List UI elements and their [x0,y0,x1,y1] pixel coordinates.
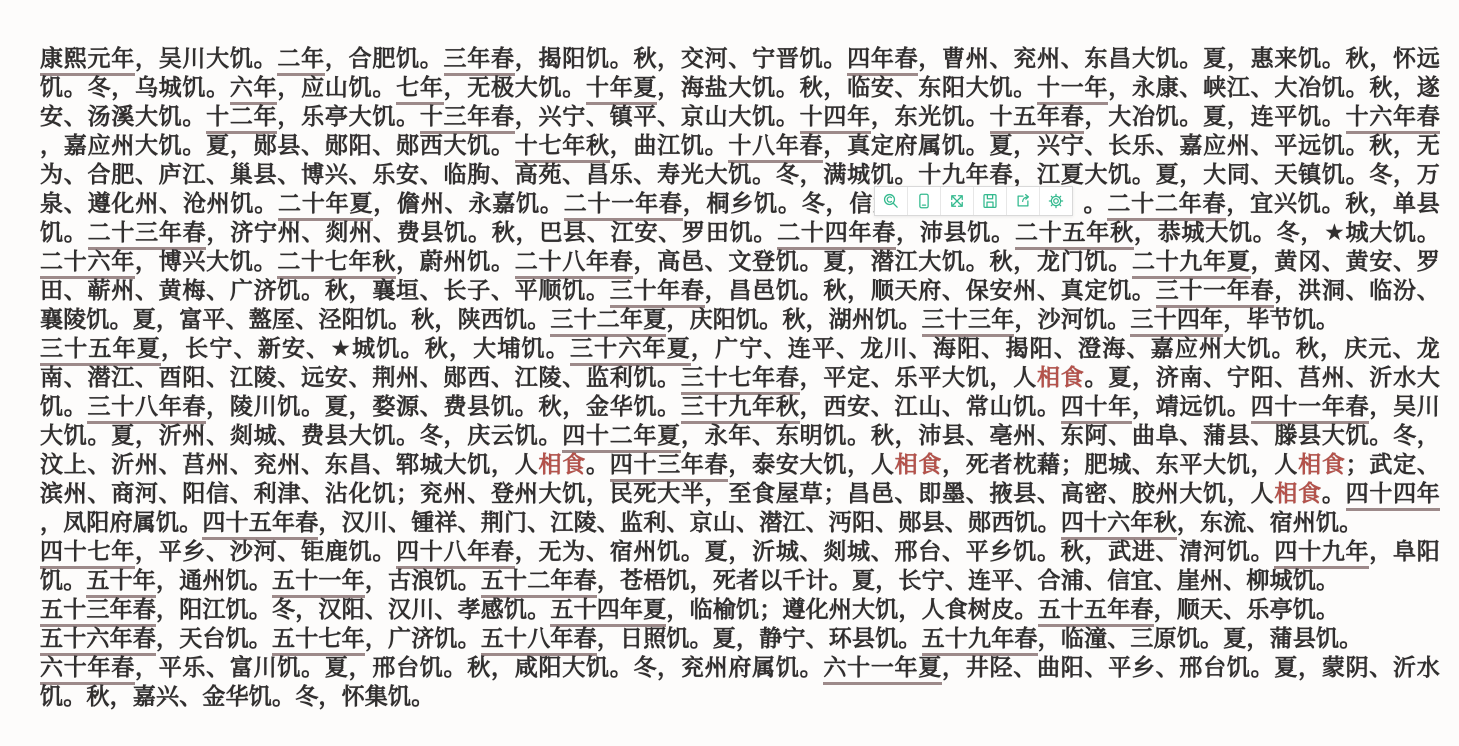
year-marker: 三十五年夏 [40,336,161,366]
text-segment: ，儋州、永嘉饥。 [373,191,563,217]
expand-arrows-icon[interactable] [940,187,973,215]
text-segment: ，永康、峡江、大冶饥。秋，遂 [1108,75,1440,101]
text-line: 为、合肥、庐江、巢县、博兴、乐安、临朐、高苑、昌乐、寿光大饥。冬，满城饥。十九年… [40,161,1440,190]
highlighted-term: 相食 [538,452,585,478]
text-segment: ，沙河饥。 [1014,307,1130,333]
year-marker: 五十年 [86,568,156,598]
year-marker: 四十三年春 [610,452,729,482]
text-segment: ，洪洞、临汾、 [1274,278,1440,304]
highlighted-term: 相食 [895,452,942,478]
year-marker: 四十一年春 [1251,394,1370,424]
text-segment: 饥。冬，乌城饥。 [40,75,230,101]
text-segment: ，靖远饥。 [1132,394,1251,420]
year-marker: 二十三年春 [88,220,207,250]
highlighted-term: 相食 [1298,452,1345,478]
year-marker: 十七年秋 [515,133,610,163]
text-segment: ，天台饥。 [156,626,272,652]
text-segment: ，沛县饥。 [896,220,1015,246]
text-segment: 泉、遵化州、沧州饥。 [40,191,278,217]
text-segment: ，乐亭大饥。 [277,104,419,130]
text-segment: ，嘉应州大饥。夏，郧县、郧阳、郧西大饥。 [40,133,515,159]
text-segment: ，济宁州、剡州、费县饥。秋，巴县、江安、罗田饥。 [206,220,777,246]
year-marker: 二十七年秋 [277,249,396,279]
text-segment: ，东流、宿州饥。 [1177,510,1363,536]
text-line: 饥。二十三年春，济宁州、剡州、费县饥。秋，巴县、江安、罗田饥。二十四年春，沛县饥… [40,219,1440,248]
text-segment: ，汉川、锺祥、荆门、江陵、监利、京山、潜江、沔阳、郧县、郧西饥。 [318,510,1060,536]
year-marker: 五十九年春 [922,626,1038,656]
year-marker: 二十六年 [40,249,135,279]
year-marker: 三十四年 [1130,307,1223,337]
text-segment: ，合肥饥。 [325,46,444,72]
year-marker: 五十四年夏 [550,597,666,627]
settings-gear-icon[interactable] [1039,187,1072,215]
text-segment: 大饥。夏，沂州、剡城、费县大饥。冬，庆云饥。 [40,423,562,449]
image-toolbar [874,186,1073,216]
year-marker: 十八年春 [728,133,823,163]
text-segment: ，井陉、曲阳、平乡、邢台饥。夏，蒙阴、沂水 [942,655,1440,681]
text-segment: ，死者枕藉；肥城、东平大饥，人 [942,452,1298,478]
year-marker: 四十四年 [1346,481,1440,511]
text-segment: 襄陵饥。夏，富平、盩厔、泾阳饥。秋，陕西饥。 [40,307,550,333]
text-line: 五十六年春，天台饥。五十七年，广济饥。五十八年春，日照饥。夏，静宁、环县饥。五十… [40,625,1440,654]
text-line: 田、蕲州、黄梅、广济饥。秋，襄垣、长子、平顺饥。三十年春，昌邑饥。秋，顺天府、保… [40,277,1440,306]
text-segment: ，平乡、沙河、钜鹿饥。 [135,539,396,565]
text-segment: ，桐乡饥。冬，信宜 [683,191,897,217]
year-marker: 三十九年秋 [681,394,800,424]
year-marker: 三十八年春 [87,394,206,424]
text-segment: 饥。 [40,568,86,594]
year-marker: 十一年 [1037,75,1108,105]
year-marker: 四十六年秋 [1061,510,1177,540]
year-marker: 六十年春 [40,655,135,685]
text-line: 饥。秋，嘉兴、金华饥。冬，怀集饥。 [40,683,1440,712]
text-segment: ，东光饥。 [871,104,990,130]
page: { "page": { "background": "#fdfcfb", "te… [0,0,1459,746]
year-marker: 三十二年夏 [550,307,666,337]
text-segment: ，博兴大饥。 [135,249,277,275]
year-marker: 十六年春 [1346,104,1440,134]
text-line: 南、潜江、酉阳、江陵、远安、荆州、郧西、江陵、监利饥。三十七年春，平定、乐平大饥… [40,364,1440,393]
year-marker: 十四年 [800,104,871,134]
highlighted-term: 相食 [1037,365,1084,391]
year-marker: 七年 [396,75,443,105]
year-marker: 四十二年夏 [562,423,681,453]
year-marker: 四十七年 [40,539,135,569]
year-marker: 六十一年夏 [823,655,942,685]
text-segment: 汶上、沂州、莒州、兖州、东昌、郓城大饥，人 [40,452,538,478]
text-segment: ，无为、宿州饥。夏，沂城、剡城、邢台、平乡饥。秋，武进、清河饥。 [515,539,1275,565]
text-segment: ，高邑、文登饥。夏，潜江大饥。秋，龙门饥。 [633,249,1132,275]
text-segment: ，真定府属饥。夏，兴宁、长乐、嘉应州、平远饥。秋，无 [823,133,1440,159]
text-segment: ，临榆饥；遵化州大饥，人食树皮。 [666,597,1037,623]
text-segment: ，陵川饥。夏，婺源、费县饥。秋，金华饥。 [206,394,681,420]
text-line: 康熙元年，吴川大饥。二年，合肥饥。三年春，揭阳饥。秋，交河、宁晋饥。四年春，曹州… [40,45,1440,74]
text-line: 泉、遵化州、沧州饥。二十年夏，儋州、永嘉饥。二十一年春，桐乡饥。冬，信宜。二十二… [40,190,1440,219]
year-marker: 二十年夏 [278,191,373,221]
text-segment: ，吴川大饥。 [135,46,277,72]
text-line: 五十三年春，阳江饥。冬，汉阳、汉川、孝感饥。五十四年夏，临榆饥；遵化州大饥，人食… [40,596,1440,625]
text-line: 襄陵饥。夏，富平、盩厔、泾阳饥。秋，陕西饥。三十二年夏，庆阳饥。秋，湖州饥。三十… [40,306,1440,335]
text-segment: ，无极大饥。 [444,75,586,101]
year-marker: 十年夏 [586,75,657,105]
text-segment: ，蔚州饥。 [396,249,515,275]
mobile-frame-icon[interactable] [907,187,940,215]
text-line: ，嘉应州大饥。夏，郧县、郧阳、郧西大饥。十七年秋，曲江饥。十八年春，真定府属饥。… [40,132,1440,161]
text-segment: ，海盐大饥。秋，临安、东阳大饥。 [657,75,1037,101]
text-segment: ，西安、江山、常山饥。 [800,394,1061,420]
year-marker: 十二年 [206,104,277,134]
year-marker: 五十五年春 [1038,597,1154,627]
year-marker: 二十五年秋 [1015,220,1134,250]
text-segment: ，长宁、新安、★城饥。秋，大埔饥。 [161,336,570,362]
text-segment: 滨州、商河、阳信、利津、沾化饥；兖州、登州大饥，民死大半，至食屋草；昌邑、即墨、… [40,481,1274,507]
text-segment: ，广济饥。 [365,626,481,652]
year-marker: 五十八年春 [481,626,597,656]
year-marker: 二十九年夏 [1132,249,1251,279]
text-segment: ，宜兴饥。秋，单县 [1226,191,1440,217]
text-segment: ，苍梧饥，死者以千计。夏，长宁、连平、合浦、信宜、崖州、柳城饥。 [597,568,1339,594]
year-marker: 三十一年春 [1156,278,1275,308]
year-marker: 三十三年 [922,307,1015,337]
text-segment: ，应山饥。 [277,75,396,101]
text-line: 滨州、商河、阳信、利津、沾化饥；兖州、登州大饥，民死大半，至食屋草；昌邑、即墨、… [40,480,1440,509]
text-segment: ，兴宁、镇平、京山大饥。 [515,104,800,130]
year-marker: 二十一年春 [564,191,683,221]
text-line: 饥。五十年，通州饥。五十一年，古浪饥。五十二年春，苍梧饥，死者以千计。夏，长宁、… [40,567,1440,596]
text-segment: ，通州饥。 [156,568,272,594]
text-segment: ，庆阳饥。秋，湖州饥。 [666,307,921,333]
text-segment: ，大冶饥。夏，连平饥。 [1084,104,1345,130]
document-body: 康熙元年，吴川大饥。二年，合肥饥。三年春，揭阳饥。秋，交河、宁晋饥。四年春，曹州… [40,45,1440,712]
text-segment: ，古浪饥。 [365,568,481,594]
text-segment: ，永年、东明饥。秋，沛县、亳州、东阿、曲阜、蒲县、滕县大饥。冬， [681,423,1440,449]
text-segment: 饥。 [40,394,87,420]
text-line: ，凤阳府属饥。四十五年春，汉川、锺祥、荆门、江陵、监利、京山、潜江、沔阳、郧县、… [40,509,1440,538]
text-line: 汶上、沂州、莒州、兖州、东昌、郓城大饥，人相食。四十三年春，泰安大饥，人相食，死… [40,451,1440,480]
text-line: 三十五年夏，长宁、新安、★城饥。秋，大埔饥。三十六年夏，广宁、连平、龙川、海阳、… [40,335,1440,364]
text-segment: ，平乐、富川饥。夏，邢台饥。秋，咸阳大饥。冬，兖州府属饥。 [135,655,823,681]
text-segment: ，揭阳饥。秋，交河、宁晋饥。 [515,46,847,72]
text-line: 饥。三十八年春，陵川饥。夏，婺源、费县饥。秋，金华饥。三十九年秋，西安、江山、常… [40,393,1440,422]
year-marker: 三十七年春 [681,365,800,395]
year-marker: 五十三年春 [40,597,156,627]
year-marker: 五十二年春 [481,568,597,598]
text-segment: ，阳江饥。冬，汉阳、汉川、孝感饥。 [156,597,550,623]
text-segment: ，江夏大饥。夏，大同、天镇饥。冬，万 [1013,162,1440,188]
text-segment: ；武定、 [1346,452,1440,478]
year-marker: 四十八年春 [396,539,515,569]
year-marker: 二十四年春 [777,220,896,250]
text-segment: ，广宁、连平、龙川、海阳、揭阳、澄海、嘉应州大饥。秋，庆元、龙 [691,336,1440,362]
save-floppy-icon[interactable] [973,187,1006,215]
year-marker: 五十六年春 [40,626,156,656]
text-segment: 为、合肥、庐江、巢县、博兴、乐安、临朐、高苑、昌乐、寿光大饥。冬，满城饥。 [40,162,918,188]
year-marker: 四年春 [847,46,918,76]
text-line: 二十六年，博兴大饥。二十七年秋，蔚州饥。二十八年春，高邑、文登饥。夏，潜江大饥。… [40,248,1440,277]
year-marker: 十五年春 [990,104,1085,134]
year-marker: 康熙元年 [40,46,135,76]
text-segment: ，曲江饥。 [610,133,729,159]
share-export-icon[interactable] [1006,187,1039,215]
text-line: 六十年春，平乐、富川饥。夏，邢台饥。秋，咸阳大饥。冬，兖州府属饥。六十一年夏，井… [40,654,1440,683]
text-segment: ，恭城大饥。冬，★城大饥。 [1134,220,1440,246]
text-segment: 。 [1322,481,1346,507]
year-marker: 三年春 [444,46,515,76]
text-line: 四十七年，平乡、沙河、钜鹿饥。四十八年春，无为、宿州饥。夏，沂城、剡城、邢台、平… [40,538,1440,567]
text-segment: 饥。 [40,220,88,246]
year-marker: 十三年春 [420,104,515,134]
year-marker: 五十七年 [272,626,365,656]
text-segment: ，泰安大饥，人 [728,452,894,478]
highlighted-term: 相食 [1274,481,1321,507]
text-segment: 田、蕲州、黄梅、广济饥。秋，襄垣、长子、平顺饥。 [40,278,610,304]
text-segment: ，日照饥。夏，静宁、环县饥。 [597,626,922,652]
magnifier-zoom-icon[interactable] [875,187,907,215]
text-segment: ，平定、乐平大饥，人 [800,365,1037,391]
year-marker: 四十九年 [1274,539,1369,569]
text-segment: ，昌邑饥。秋，顺天府、保安州、真定饥。 [705,278,1156,304]
text-segment: ，曹州、兖州、东昌大饥。夏，惠来饥。秋，怀远 [918,46,1440,72]
text-segment: ，临潼、三原饥。夏，蒲县饥。 [1038,626,1363,652]
year-marker: 三十年春 [610,278,705,308]
text-segment: ，吴川 [1369,394,1440,420]
text-segment: ，凤阳府属饥。 [40,510,202,536]
text-segment: ，黄冈、黄安、罗 [1251,249,1440,275]
text-segment: 安、汤溪大饥。 [40,104,206,130]
text-line: 安、汤溪大饥。十二年，乐亭大饥。十三年春，兴宁、镇平、京山大饥。十四年，东光饥。… [40,103,1440,132]
text-segment: ，顺天、乐亭饥。 [1154,597,1340,623]
year-marker: 六年 [230,75,277,105]
year-marker: 三十六年夏 [570,336,691,366]
year-marker: 二年 [277,46,324,76]
text-line: 饥。冬，乌城饥。六年，应山饥。七年，无极大饥。十年夏，海盐大饥。秋，临安、东阳大… [40,74,1440,103]
text-segment: 南、潜江、酉阳、江陵、远安、荆州、郧西、江陵、监利饥。 [40,365,681,391]
text-segment: 。夏，济南、宁阳、莒州、沂水大 [1085,365,1441,391]
text-segment: 。 [586,452,610,478]
year-marker: 五十一年 [272,568,365,598]
text-segment: ，毕节饥。 [1223,307,1339,333]
year-marker: 四十五年春 [202,510,318,540]
text-line: 大饥。夏，沂州、剡城、费县大饥。冬，庆云饥。四十二年夏，永年、东明饥。秋，沛县、… [40,422,1440,451]
year-marker: 二十二年春 [1107,191,1226,221]
text-segment: ，阜阳 [1369,539,1440,565]
year-marker: 四十年 [1061,394,1132,424]
text-segment: 饥。秋，嘉兴、金华饥。冬，怀集饥。 [40,684,434,710]
text-segment: 。 [1083,191,1107,217]
year-marker: 二十八年春 [515,249,634,279]
